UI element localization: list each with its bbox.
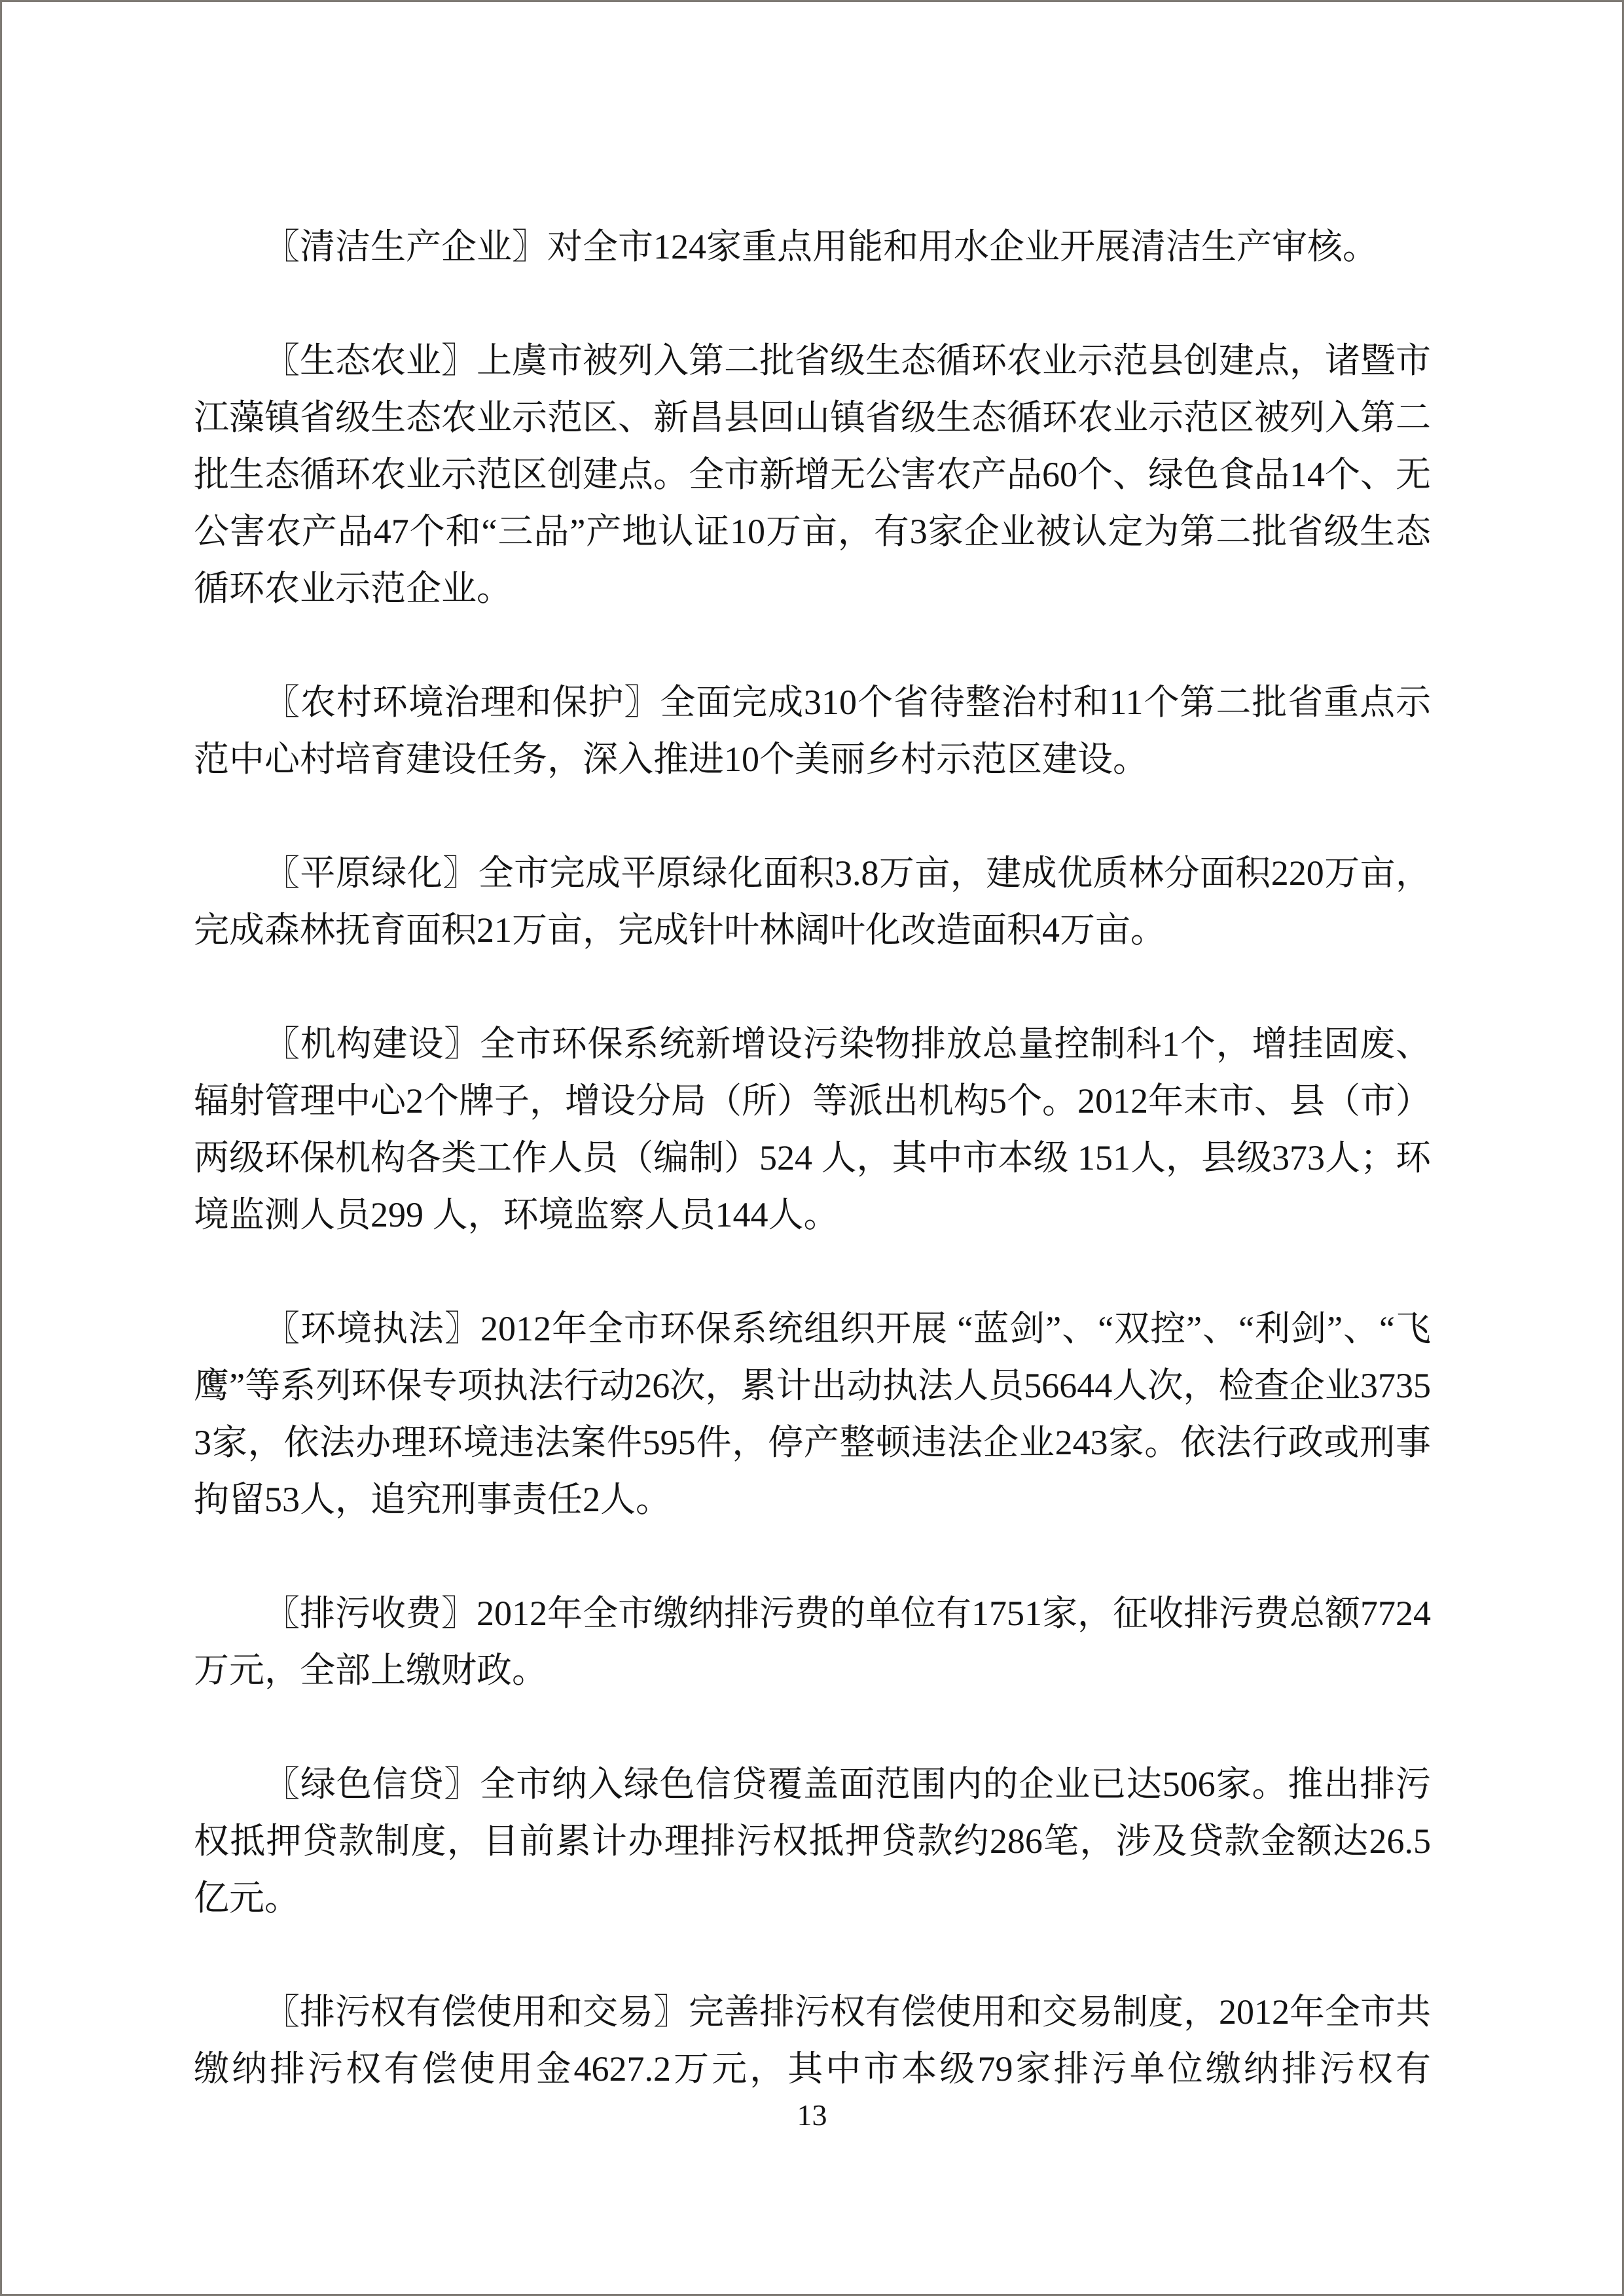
entry-heading: 〖清洁生产企业〗 <box>264 227 547 266</box>
entry-rural-environment: 〖农村环境治理和保护〗全面完成310个省待整治村和11个第二批省重点示范中心村培… <box>194 674 1431 788</box>
entry-heading: 〖排污权有偿使用和交易〗 <box>264 1992 689 2032</box>
entry-text: 上虞市被列入第二批省级生态循环农业示范县创建点，诸暨市江藻镇省级生态农业示范区、… <box>194 341 1431 608</box>
entry-eco-agriculture: 〖生态农业〗上虞市被列入第二批省级生态循环农业示范县创建点，诸暨市江藻镇省级生态… <box>194 332 1431 617</box>
page-number: 13 <box>0 2094 1624 2136</box>
entry-heading: 〖生态农业〗 <box>264 341 477 380</box>
entry-heading: 〖机构建设〗 <box>264 1024 480 1064</box>
entry-heading: 〖排污收费〗 <box>264 1594 477 1633</box>
entry-plain-greening: 〖平原绿化〗全市完成平原绿化面积3.8万亩，建成优质林分面积220万亩，完成森林… <box>194 845 1431 959</box>
entry-emission-rights-trading: 〖排污权有偿使用和交易〗完善排污权有偿使用和交易制度，2012年全市共缴纳排污权… <box>194 1984 1431 2098</box>
entry-clean-production: 〖清洁生产企业〗对全市124家重点用能和用水企业开展清洁生产审核。 <box>194 219 1431 276</box>
entry-heading: 〖绿色信贷〗 <box>264 1765 480 1804</box>
entry-heading: 〖平原绿化〗 <box>264 853 478 893</box>
entry-environmental-enforcement: 〖环境执法〗2012年全市环保系统组织开展 “蓝剑”、“双控”、“利剑”、“飞鹰… <box>194 1300 1431 1528</box>
entry-institution-building: 〖机构建设〗全市环保系统新增设污染物排放总量控制科1个，增挂固废、辐射管理中心2… <box>194 1016 1431 1244</box>
entry-heading: 〖农村环境治理和保护〗 <box>264 683 660 722</box>
entry-heading: 〖环境执法〗 <box>264 1309 480 1348</box>
entry-green-credit: 〖绿色信贷〗全市纳入绿色信贷覆盖面范围内的企业已达506家。推出排污权抵押贷款制… <box>194 1756 1431 1927</box>
document-body: 〖清洁生产企业〗对全市124家重点用能和用水企业开展清洁生产审核。 〖生态农业〗… <box>194 219 1431 2098</box>
entry-sewage-fees: 〖排污收费〗2012年全市缴纳排污费的单位有1751家，征收排污费总额7724万… <box>194 1585 1431 1699</box>
entry-text: 对全市124家重点用能和用水企业开展清洁生产审核。 <box>547 227 1378 266</box>
